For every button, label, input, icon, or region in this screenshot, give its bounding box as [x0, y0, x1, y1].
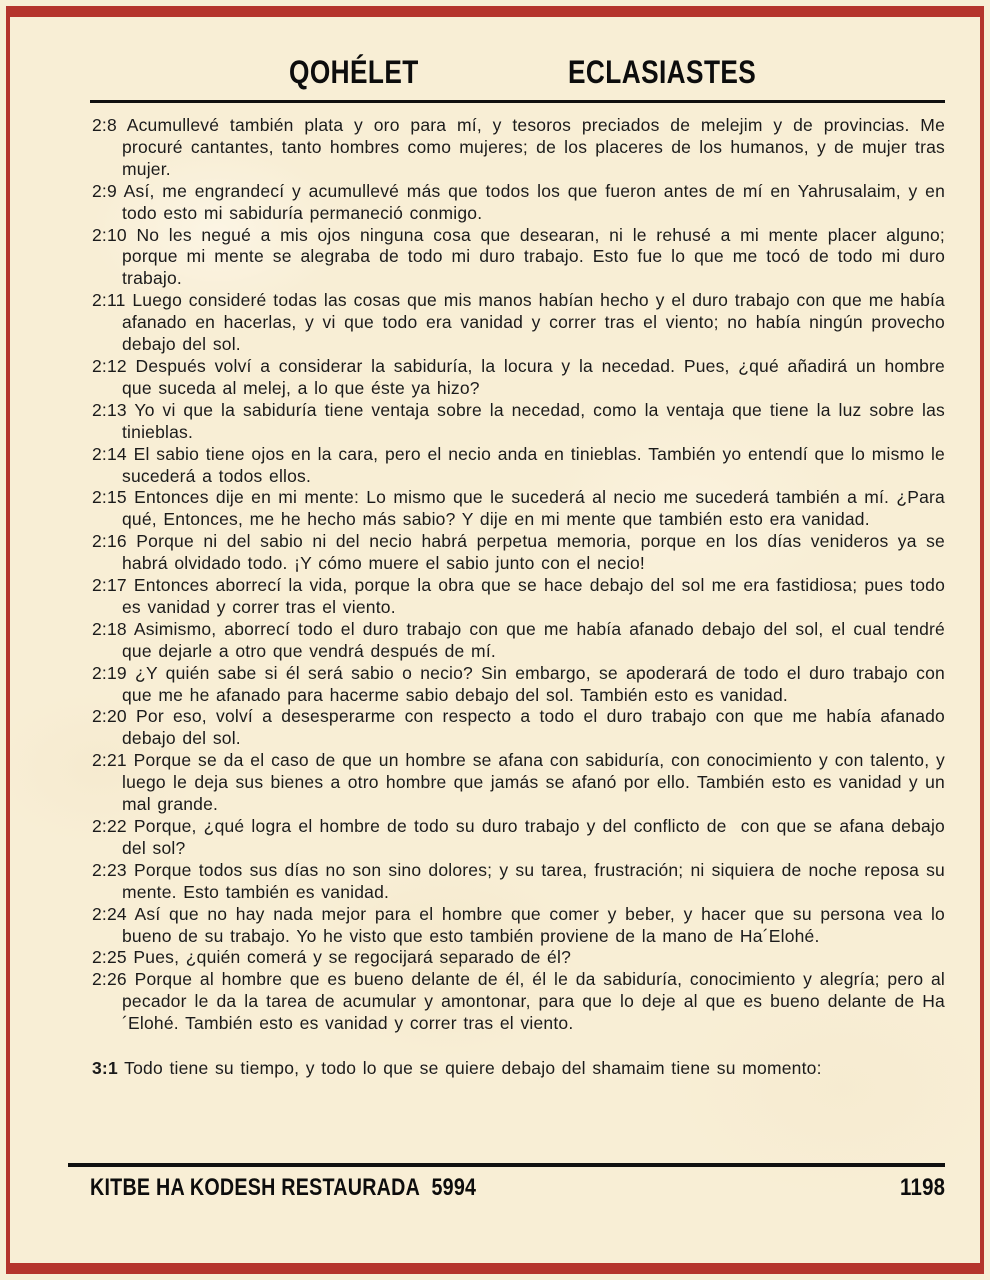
verse-2-11: 2:11 Luego consideré todas las cosas que…	[92, 290, 945, 356]
verse-2-22: 2:22 Porque, ¿qué logra el hombre de tod…	[92, 816, 945, 860]
verse-ref: 2:21	[92, 750, 127, 770]
verse-text: Todo tiene su tiempo, y todo lo que se q…	[118, 1058, 822, 1078]
verse-text: Pues, ¿quién comerá y se regocijará sepa…	[127, 947, 571, 967]
verse-ref: 3:1	[92, 1058, 118, 1078]
verse-text: Por eso, volví a desesperarme con respec…	[122, 706, 945, 748]
verse-ref: 2:15	[92, 487, 127, 507]
verse-ref: 2:9	[92, 181, 117, 201]
verse-2-16: 2:16 Porque ni del sabio ni del necio ha…	[92, 531, 945, 575]
verse-ref: 2:22	[92, 816, 127, 836]
verse-2-19: 2:19 ¿Y quién sabe si él será sabio o ne…	[92, 663, 945, 707]
verse-text: El sabio tiene ojos en la cara, pero el …	[122, 444, 945, 486]
verse-text: Porque ni del sabio ni del necio habrá p…	[122, 531, 945, 573]
verse-ref: 2:18	[92, 619, 127, 639]
verse-2-18: 2:18 Asimismo, aborrecí todo el duro tra…	[92, 619, 945, 663]
verse-2-15: 2:15 Entonces dije en mi mente: Lo mismo…	[92, 487, 945, 531]
verse-2-17: 2:17 Entonces aborrecí la vida, porque l…	[92, 575, 945, 619]
verse-2-25: 2:25 Pues, ¿quién comerá y se regocijará…	[92, 947, 945, 969]
verse-ref: 2:23	[92, 860, 127, 880]
verse-2-12: 2:12 Después volví a considerar la sabid…	[92, 356, 945, 400]
verse-2-20: 2:20 Por eso, volví a desesperarme con r…	[92, 706, 945, 750]
footer-rule	[68, 1163, 945, 1167]
verse-2-10: 2:10 No les negué a mis ojos ninguna cos…	[92, 225, 945, 291]
verse-text: Porque todos sus días no son sino dolore…	[122, 860, 945, 902]
verse-ref: 2:26	[92, 969, 127, 989]
verse-text: Luego consideré todas las cosas que mis …	[122, 290, 945, 354]
verse-text: No les negué a mis ojos ninguna cosa que…	[122, 225, 945, 289]
verse-ref: 2:25	[92, 947, 127, 967]
verse-ref: 2:11	[92, 290, 126, 310]
header-rule	[90, 100, 945, 103]
verse-text: Porque, ¿qué logra el hombre de todo su …	[122, 816, 945, 858]
header-title-hebrew: QOHÉLET	[289, 54, 419, 91]
verse-ref: 2:8	[92, 115, 117, 135]
verse-text: Yo vi que la sabiduría tiene ventaja sob…	[122, 400, 945, 442]
verse-ref: 2:17	[92, 575, 127, 595]
verse-text: Porque al hombre que es bueno delante de…	[122, 969, 945, 1033]
verse-text: Entonces aborrecí la vida, porque la obr…	[122, 575, 945, 617]
verse-2-24: 2:24 Así que no hay nada mejor para el h…	[92, 904, 945, 948]
verse-2-13: 2:13 Yo vi que la sabiduría tiene ventaj…	[92, 400, 945, 444]
verse-text: Porque se da el caso de que un hombre se…	[122, 750, 945, 814]
verse-2-26: 2:26 Porque al hombre que es bueno delan…	[92, 969, 945, 1035]
verse-2-8: 2:8 Acumullevé también plata y oro para …	[92, 115, 945, 181]
verse-text: Asimismo, aborrecí todo el duro trabajo …	[122, 619, 945, 661]
verse-text: ¿Y quién sabe si él será sabio o necio? …	[122, 663, 945, 705]
verse-2-14: 2:14 El sabio tiene ojos en la cara, per…	[92, 444, 945, 488]
verse-ref: 2:14	[92, 444, 127, 464]
verse-2-9: 2:9 Así, me engrandecí y acumullevé más …	[92, 181, 945, 225]
verse-ref: 2:24	[92, 904, 127, 924]
verse-text: Después volví a considerar la sabiduría,…	[122, 356, 945, 398]
header-title-spanish: ECLASIASTES	[568, 54, 756, 91]
footer-page-number: 1198	[900, 1174, 945, 1202]
verse-text: Así que no hay nada mejor para el hombre…	[122, 904, 945, 946]
verse-2-21: 2:21 Porque se da el caso de que un homb…	[92, 750, 945, 816]
verse-ref: 2:20	[92, 706, 127, 726]
verse-3-1: 3:1 Todo tiene su tiempo, y todo lo que …	[92, 1058, 945, 1080]
verse-text: Acumullevé también plata y oro para mí, …	[117, 115, 945, 179]
verse-ref: 2:13	[92, 400, 127, 420]
verse-list: 2:8 Acumullevé también plata y oro para …	[92, 115, 945, 1080]
verse-ref: 2:19	[92, 663, 127, 683]
verse-2-23: 2:23 Porque todos sus días no son sino d…	[92, 860, 945, 904]
verse-ref: 2:10	[92, 225, 127, 245]
verse-text: Entonces dije en mi mente: Lo mismo que …	[122, 487, 945, 529]
verse-ref: 2:16	[92, 531, 127, 551]
footer-book-title: KITBE HA KODESH RESTAURADA 5994	[90, 1174, 476, 1202]
verse-ref: 2:12	[92, 356, 127, 376]
verse-text: Así, me engrandecí y acumullevé más que …	[117, 181, 945, 223]
